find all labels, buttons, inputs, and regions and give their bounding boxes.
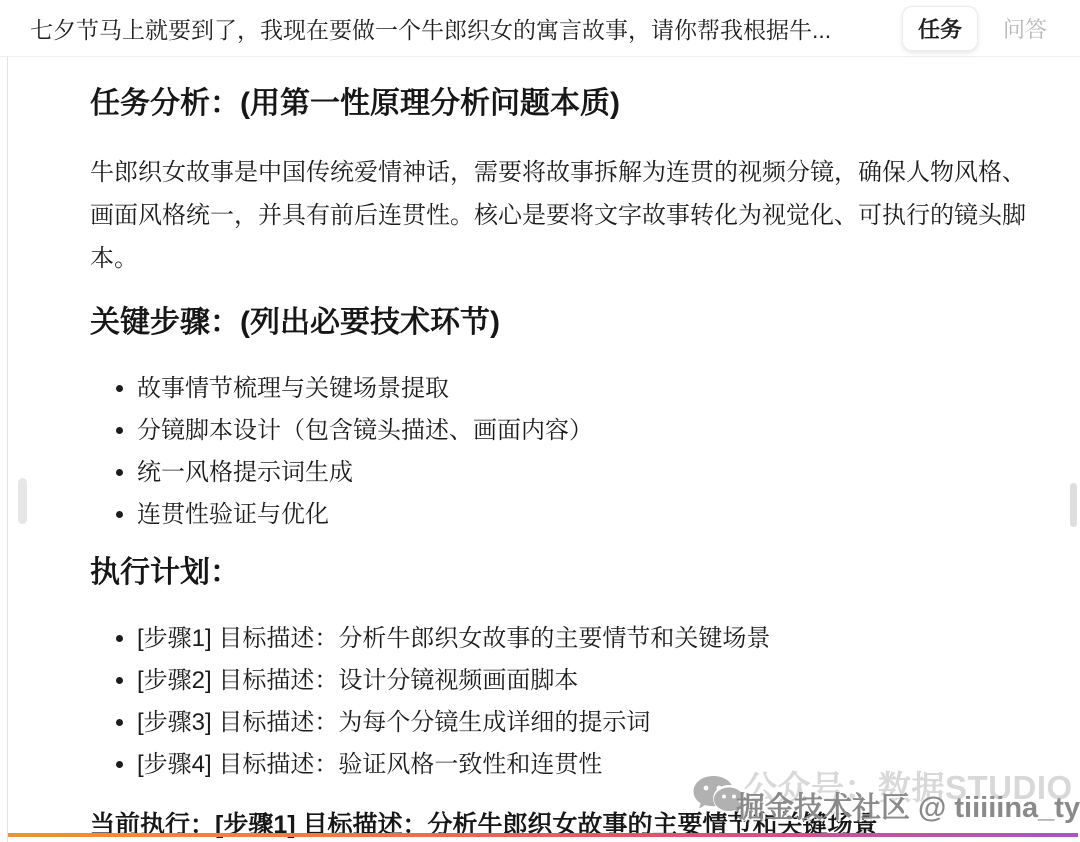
list-item: 统一风格提示词生成 xyxy=(137,452,1035,494)
tab-task[interactable]: 任务 xyxy=(902,6,978,51)
scrollbar-thumb[interactable] xyxy=(1070,483,1077,527)
left-border-line xyxy=(7,0,8,842)
list-item: 故事情节梳理与关键场景提取 xyxy=(137,368,1035,410)
left-scroll-handle[interactable] xyxy=(18,478,27,524)
list-item: [步骤4] 目标描述：验证风格一致性和连贯性 xyxy=(137,744,1035,786)
tab-qa[interactable]: 问答 xyxy=(988,7,1062,50)
section-title-task-analysis: 任务分析：(用第一性原理分析问题本质) xyxy=(90,85,1035,123)
user-question: 七夕节马上就要到了，我现在要做一个牛郎织女的寓言故事，请你帮我根据牛... xyxy=(30,12,890,45)
tab-group: 任务 问答 xyxy=(902,6,1062,51)
list-item: 连贯性验证与优化 xyxy=(137,494,1035,536)
list-item: [步骤3] 目标描述：为每个分镜生成详细的提示词 xyxy=(137,702,1035,744)
bottom-gradient-bar xyxy=(8,833,1078,837)
section-title-execution-plan: 执行计划： xyxy=(90,554,1035,592)
header-bar: 七夕节马上就要到了，我现在要做一个牛郎织女的寓言故事，请你帮我根据牛... 任务… xyxy=(0,0,1080,57)
list-item: [步骤2] 目标描述：设计分镜视频画面脚本 xyxy=(137,660,1035,702)
list-item: [步骤1] 目标描述：分析牛郎织女故事的主要情节和关键场景 xyxy=(137,618,1035,660)
page: 七夕节马上就要到了，我现在要做一个牛郎织女的寓言故事，请你帮我根据牛... 任务… xyxy=(0,0,1080,842)
section-title-key-steps: 关键步骤：(列出必要技术环节) xyxy=(90,304,1035,342)
main-content: 任务分析：(用第一性原理分析问题本质) 牛郎织女故事是中国传统爱情神话，需要将故… xyxy=(0,85,1080,840)
execution-plan-list: [步骤1] 目标描述：分析牛郎织女故事的主要情节和关键场景 [步骤2] 目标描述… xyxy=(90,618,1035,786)
key-steps-list: 故事情节梳理与关键场景提取 分镜脚本设计（包含镜头描述、画面内容） 统一风格提示… xyxy=(90,368,1035,536)
task-analysis-paragraph: 牛郎织女故事是中国传统爱情神话，需要将故事拆解为连贯的视频分镜，确保人物风格、画… xyxy=(90,151,1035,280)
list-item: 分镜脚本设计（包含镜头描述、画面内容） xyxy=(137,410,1035,452)
